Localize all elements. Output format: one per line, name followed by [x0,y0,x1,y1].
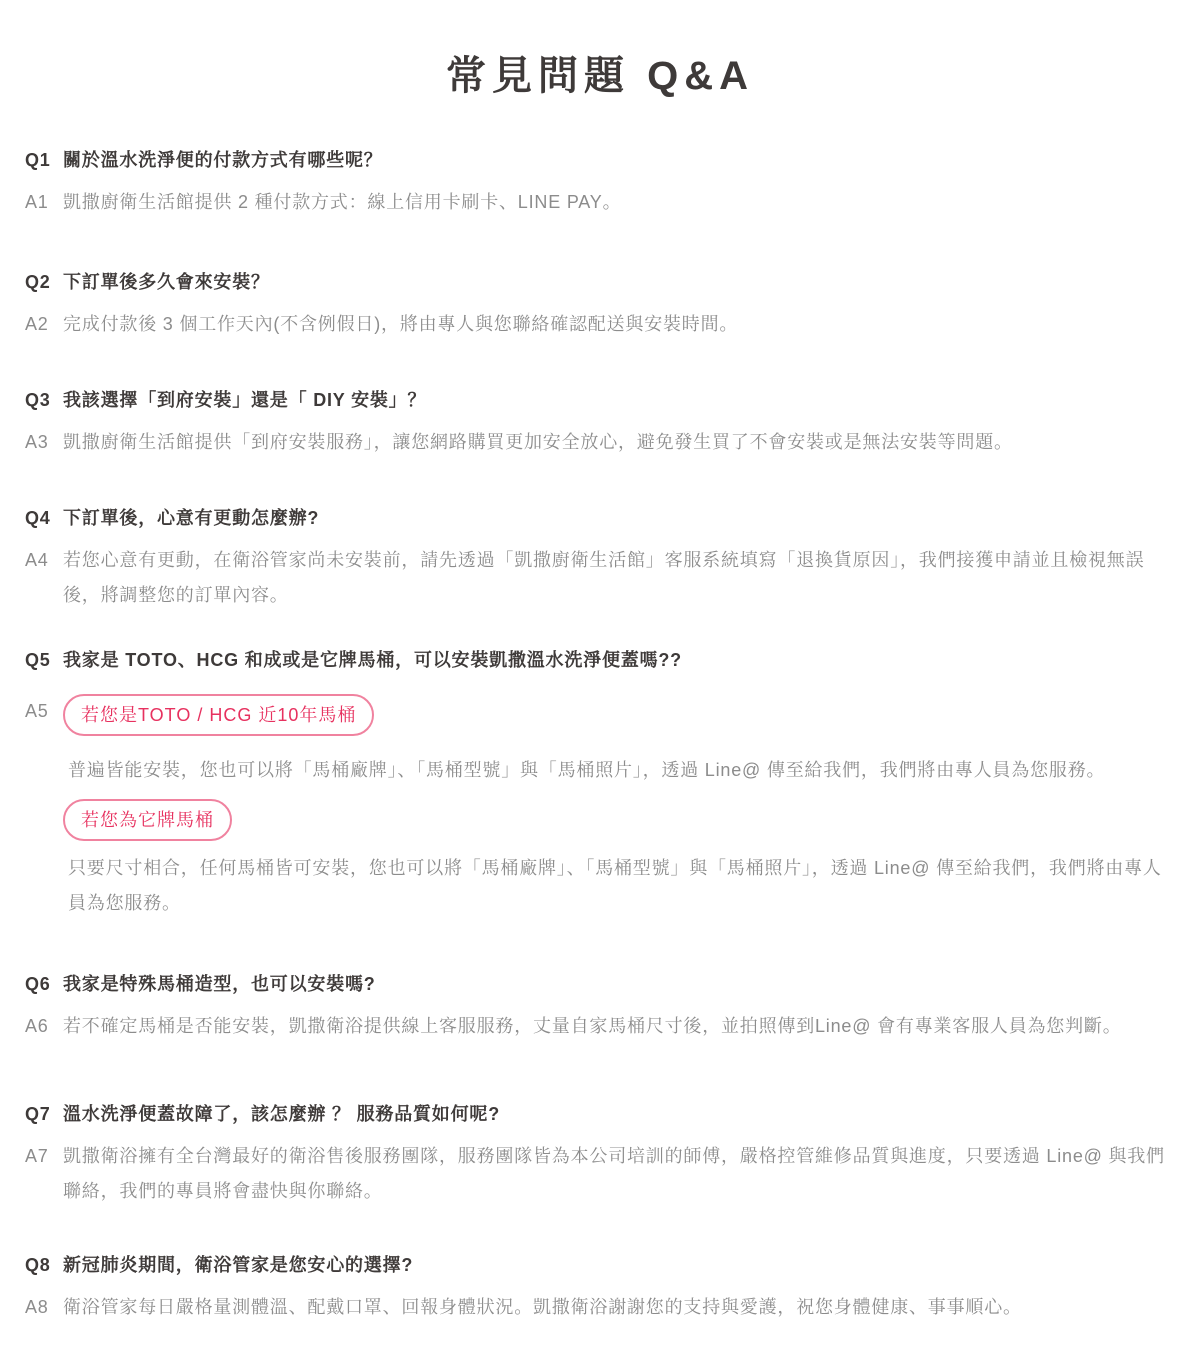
answer-text: 凱撒衛浴擁有全台灣最好的衛浴售後服務團隊，服務團隊皆為本公司培訓的師傅，嚴格控管… [63,1139,1175,1209]
faq-page: 常見問題 Q&A Q1 關於溫水洗淨便的付款方式有哪些呢？ A1 凱撒廚衛生活館… [0,0,1200,1325]
answer-text: 凱撒廚衛生活館提供「到府安裝服務」，讓您網路購買更加安全放心，避免發生買了不會安… [63,425,1175,460]
question-label: Q2 [25,270,63,295]
faq-item-q1: Q1 關於溫水洗淨便的付款方式有哪些呢？ A1 凱撒廚衛生活館提供 2 種付款方… [25,148,1175,220]
answer-paragraph-other-brand: 只要尺寸相合，任何馬桶皆可安裝，您也可以將「馬桶廠牌」、「馬桶型號」與「馬桶照片… [63,851,1175,921]
answer-label: A8 [25,1290,63,1325]
question-text: 下訂單後多久會來安裝？ [63,270,1175,295]
answer-label: A1 [25,185,63,220]
question-label: Q3 [25,388,63,413]
answer-row: A3 凱撒廚衛生活館提供「到府安裝服務」，讓您網路購買更加安全放心，避免發生買了… [25,425,1175,460]
question-text: 我家是 TOTO、HCG 和成或是它牌馬桶，可以安裝凱撒溫水洗淨便蓋嗎?? [63,648,1175,673]
answer-text: 若不確定馬桶是否能安裝，凱撒衛浴提供線上客服服務，丈量自家馬桶尺寸後，並拍照傳到… [63,1009,1175,1044]
other-brand-badge-label: 若您為它牌馬桶 [81,811,214,829]
answer-text: 若您心意有更動，在衛浴管家尚未安裝前，請先透過「凱撒廚衛生活館」客服系統填寫「退… [63,543,1175,613]
badge-row: 若您為它牌馬桶 [63,799,1175,841]
answer-text: 完成付款後 3 個工作天內(不含例假日)，將由專人與您聯絡確認配送與安裝時間。 [63,307,1175,342]
answer-label: A3 [25,425,63,460]
question-row: Q5 我家是 TOTO、HCG 和成或是它牌馬桶，可以安裝凱撒溫水洗淨便蓋嗎?? [25,648,1175,673]
answer-text: 凱撒廚衛生活館提供 2 種付款方式：線上信用卡刷卡、LINE PAY。 [63,185,1175,220]
question-row: Q2 下訂單後多久會來安裝？ [25,270,1175,295]
badge-row: 若您是TOTO / HCG 近10年馬桶 [63,694,1175,736]
question-text: 我家是特殊馬桶造型，也可以安裝嗎? [63,972,1175,997]
answer-label: A4 [25,543,63,578]
question-text: 關於溫水洗淨便的付款方式有哪些呢？ [63,148,1175,173]
answer-label: A5 [25,694,63,729]
toto-hcg-badge: 若您是TOTO / HCG 近10年馬桶 [63,694,374,736]
faq-item-q7: Q7 溫水洗淨便蓋故障了，該怎麼辦 ？ 服務品質如何呢? A7 凱撒衛浴擁有全台… [25,1102,1175,1209]
question-label: Q1 [25,148,63,173]
question-row: Q6 我家是特殊馬桶造型，也可以安裝嗎? [25,972,1175,997]
page-title: 常見問題 Q&A [25,50,1175,102]
faq-item-q4: Q4 下訂單後，心意有更動怎麼辦? A4 若您心意有更動，在衛浴管家尚未安裝前，… [25,506,1175,613]
faq-item-q2: Q2 下訂單後多久會來安裝？ A2 完成付款後 3 個工作天內(不含例假日)，將… [25,270,1175,342]
question-label: Q6 [25,972,63,997]
faq-item-q8: Q8 新冠肺炎期間，衛浴管家是您安心的選擇? A8 衛浴管家每日嚴格量測體溫、配… [25,1253,1175,1325]
question-row: Q1 關於溫水洗淨便的付款方式有哪些呢？ [25,148,1175,173]
answer-label: A6 [25,1009,63,1044]
question-label: Q4 [25,506,63,531]
answer-text: 衛浴管家每日嚴格量測體溫、配戴口罩、回報身體狀況。凱撒衛浴謝謝您的支持與愛護，祝… [63,1290,1175,1325]
answer-content: 若您是TOTO / HCG 近10年馬桶 普遍皆能安裝，您也可以將「馬桶廠牌」、… [63,694,1175,921]
answer-label: A2 [25,307,63,342]
faq-item-q6: Q6 我家是特殊馬桶造型，也可以安裝嗎? A6 若不確定馬桶是否能安裝，凱撒衛浴… [25,972,1175,1044]
question-row: Q3 我該選擇「到府安裝」還是「 DIY 安裝」？ [25,388,1175,413]
answer-row: A4 若您心意有更動，在衛浴管家尚未安裝前，請先透過「凱撒廚衛生活館」客服系統填… [25,543,1175,613]
question-row: Q4 下訂單後，心意有更動怎麼辦? [25,506,1175,531]
answer-label: A7 [25,1139,63,1174]
question-text: 溫水洗淨便蓋故障了，該怎麼辦 ？ 服務品質如何呢? [63,1102,1175,1127]
answer-paragraph-toto-hcg: 普遍皆能安裝，您也可以將「馬桶廠牌」、「馬桶型號」與「馬桶照片」，透過 Line… [63,753,1175,788]
other-brand-badge: 若您為它牌馬桶 [63,799,232,841]
toto-hcg-badge-label: 若您是TOTO / HCG 近10年馬桶 [81,706,356,724]
answer-row: A6 若不確定馬桶是否能安裝，凱撒衛浴提供線上客服服務，丈量自家馬桶尺寸後，並拍… [25,1009,1175,1044]
question-label: Q8 [25,1253,63,1278]
question-text: 新冠肺炎期間，衛浴管家是您安心的選擇? [63,1253,1175,1278]
faq-item-q5: Q5 我家是 TOTO、HCG 和成或是它牌馬桶，可以安裝凱撒溫水洗淨便蓋嗎??… [25,648,1175,921]
question-label: Q5 [25,648,63,673]
question-row: Q8 新冠肺炎期間，衛浴管家是您安心的選擇? [25,1253,1175,1278]
answer-row: A2 完成付款後 3 個工作天內(不含例假日)，將由專人與您聯絡確認配送與安裝時… [25,307,1175,342]
answer-row: A8 衛浴管家每日嚴格量測體溫、配戴口罩、回報身體狀況。凱撒衛浴謝謝您的支持與愛… [25,1290,1175,1325]
question-row: Q7 溫水洗淨便蓋故障了，該怎麼辦 ？ 服務品質如何呢? [25,1102,1175,1127]
answer-row: A7 凱撒衛浴擁有全台灣最好的衛浴售後服務團隊，服務團隊皆為本公司培訓的師傅，嚴… [25,1139,1175,1209]
question-text: 下訂單後，心意有更動怎麼辦? [63,506,1175,531]
question-label: Q7 [25,1102,63,1127]
answer-row: A5 若您是TOTO / HCG 近10年馬桶 普遍皆能安裝，您也可以將「馬桶廠… [25,694,1175,921]
faq-item-q3: Q3 我該選擇「到府安裝」還是「 DIY 安裝」？ A3 凱撒廚衛生活館提供「到… [25,388,1175,460]
answer-row: A1 凱撒廚衛生活館提供 2 種付款方式：線上信用卡刷卡、LINE PAY。 [25,185,1175,220]
question-text: 我該選擇「到府安裝」還是「 DIY 安裝」？ [63,388,1175,413]
